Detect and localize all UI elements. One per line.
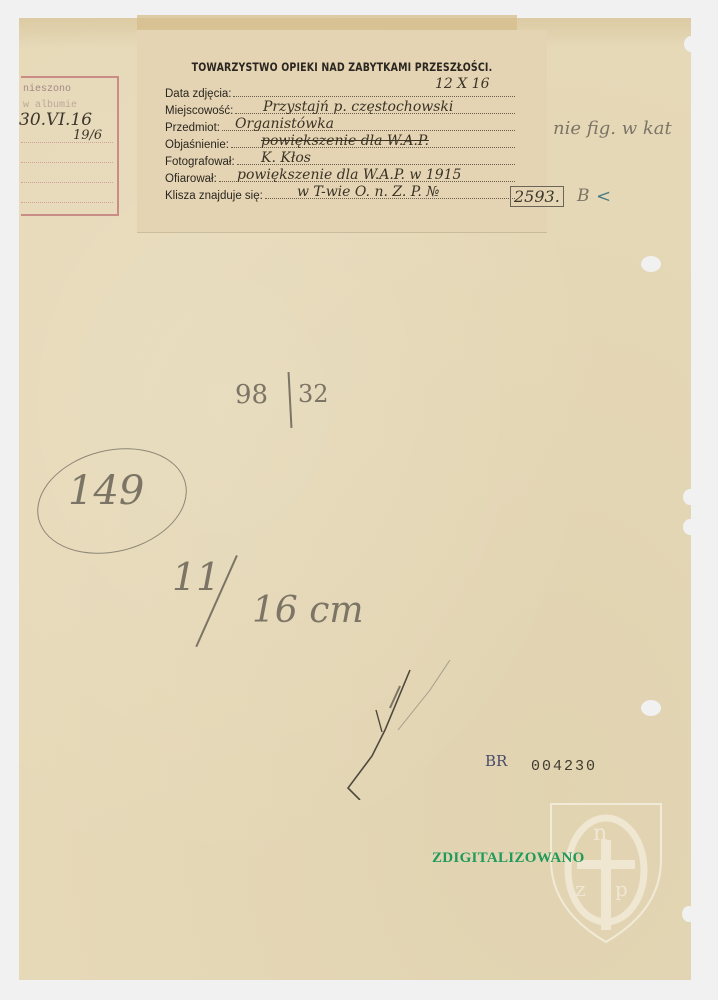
svg-text:z: z (575, 877, 586, 901)
dimensions-bottom: 16 cm (252, 590, 364, 631)
stamp-dotted-line (21, 182, 113, 183)
inventory-number: 004230 (531, 758, 597, 775)
svg-text:p: p (615, 877, 628, 901)
catalog-card: TOWARZYSTWO OPIEKI NAD ZABYTKAMI PRZESZŁ… (137, 30, 547, 232)
edge-notch (683, 519, 697, 535)
field-label: Ofiarował: (165, 173, 217, 185)
field-value: w T-wie O. n. Z. P. № (297, 184, 439, 200)
punch-hole-top (641, 256, 661, 272)
check-mark: < (596, 186, 611, 207)
field-value: powiększenie dla W.A.P. w 1915 (237, 167, 461, 183)
field-label: Klisza znajduje się: (165, 190, 263, 202)
watermark-emblem-icon: n z p (547, 800, 665, 945)
field-label: Objaśnienie: (165, 139, 229, 151)
field-location: Miejscowość: Przystajń p. częstochowski (165, 103, 515, 119)
svg-text:n: n (593, 821, 607, 846)
reference-left: 98 (235, 380, 268, 410)
digitized-stamp: ZDIGITALIZOWANO (432, 850, 585, 867)
stamp-date: 30.VI.16 (19, 110, 92, 130)
suffix-mark: B (577, 186, 590, 206)
field-label: Fotografował: (165, 156, 235, 168)
card-title: TOWARZYSTWO OPIEKI NAD ZABYTKAMI PRZESZŁ… (174, 60, 510, 74)
reference-right: 32 (298, 380, 329, 408)
stamp-number: 19/6 (73, 128, 102, 143)
edge-notch (683, 489, 697, 505)
field-value: 12 X 16 (435, 76, 490, 92)
edge-notch (684, 36, 698, 52)
stamp-line-1: nieszono (23, 84, 71, 95)
reference-divider (288, 372, 293, 428)
dimensions-top: 11 (172, 555, 220, 599)
side-note: nie fig. w kat (553, 118, 672, 139)
archive-stamp: nieszono w albumie 30.VI.16 19/6 (21, 76, 119, 216)
edge-notch (682, 906, 696, 922)
field-value: K. Kłos (261, 150, 311, 166)
field-label: Data zdjęcia: (165, 88, 231, 100)
stamp-dotted-line (21, 162, 113, 163)
negative-number: 2593. (510, 186, 564, 207)
field-value: Organistówka (235, 116, 334, 132)
stamp-dotted-line (21, 202, 113, 203)
stamp-dotted-line (21, 142, 113, 143)
reference-number: 98 32 (235, 380, 355, 430)
field-value: powiększenie dla W.A.P. (261, 133, 429, 149)
br-label: BR (485, 752, 507, 770)
circled-number-text: 149 (68, 468, 144, 514)
field-description: Objaśnienie: powiększenie dla W.A.P. (165, 137, 515, 153)
field-label: Przedmiot: (165, 122, 220, 134)
field-label: Miejscowość: (165, 105, 233, 117)
field-negative-location: Klisza znajduje się: w T-wie O. n. Z. P.… (165, 188, 515, 204)
field-value: Przystajń p. częstochowski (263, 99, 453, 115)
punch-hole-bottom (641, 700, 661, 716)
pencil-scribble (340, 660, 460, 800)
